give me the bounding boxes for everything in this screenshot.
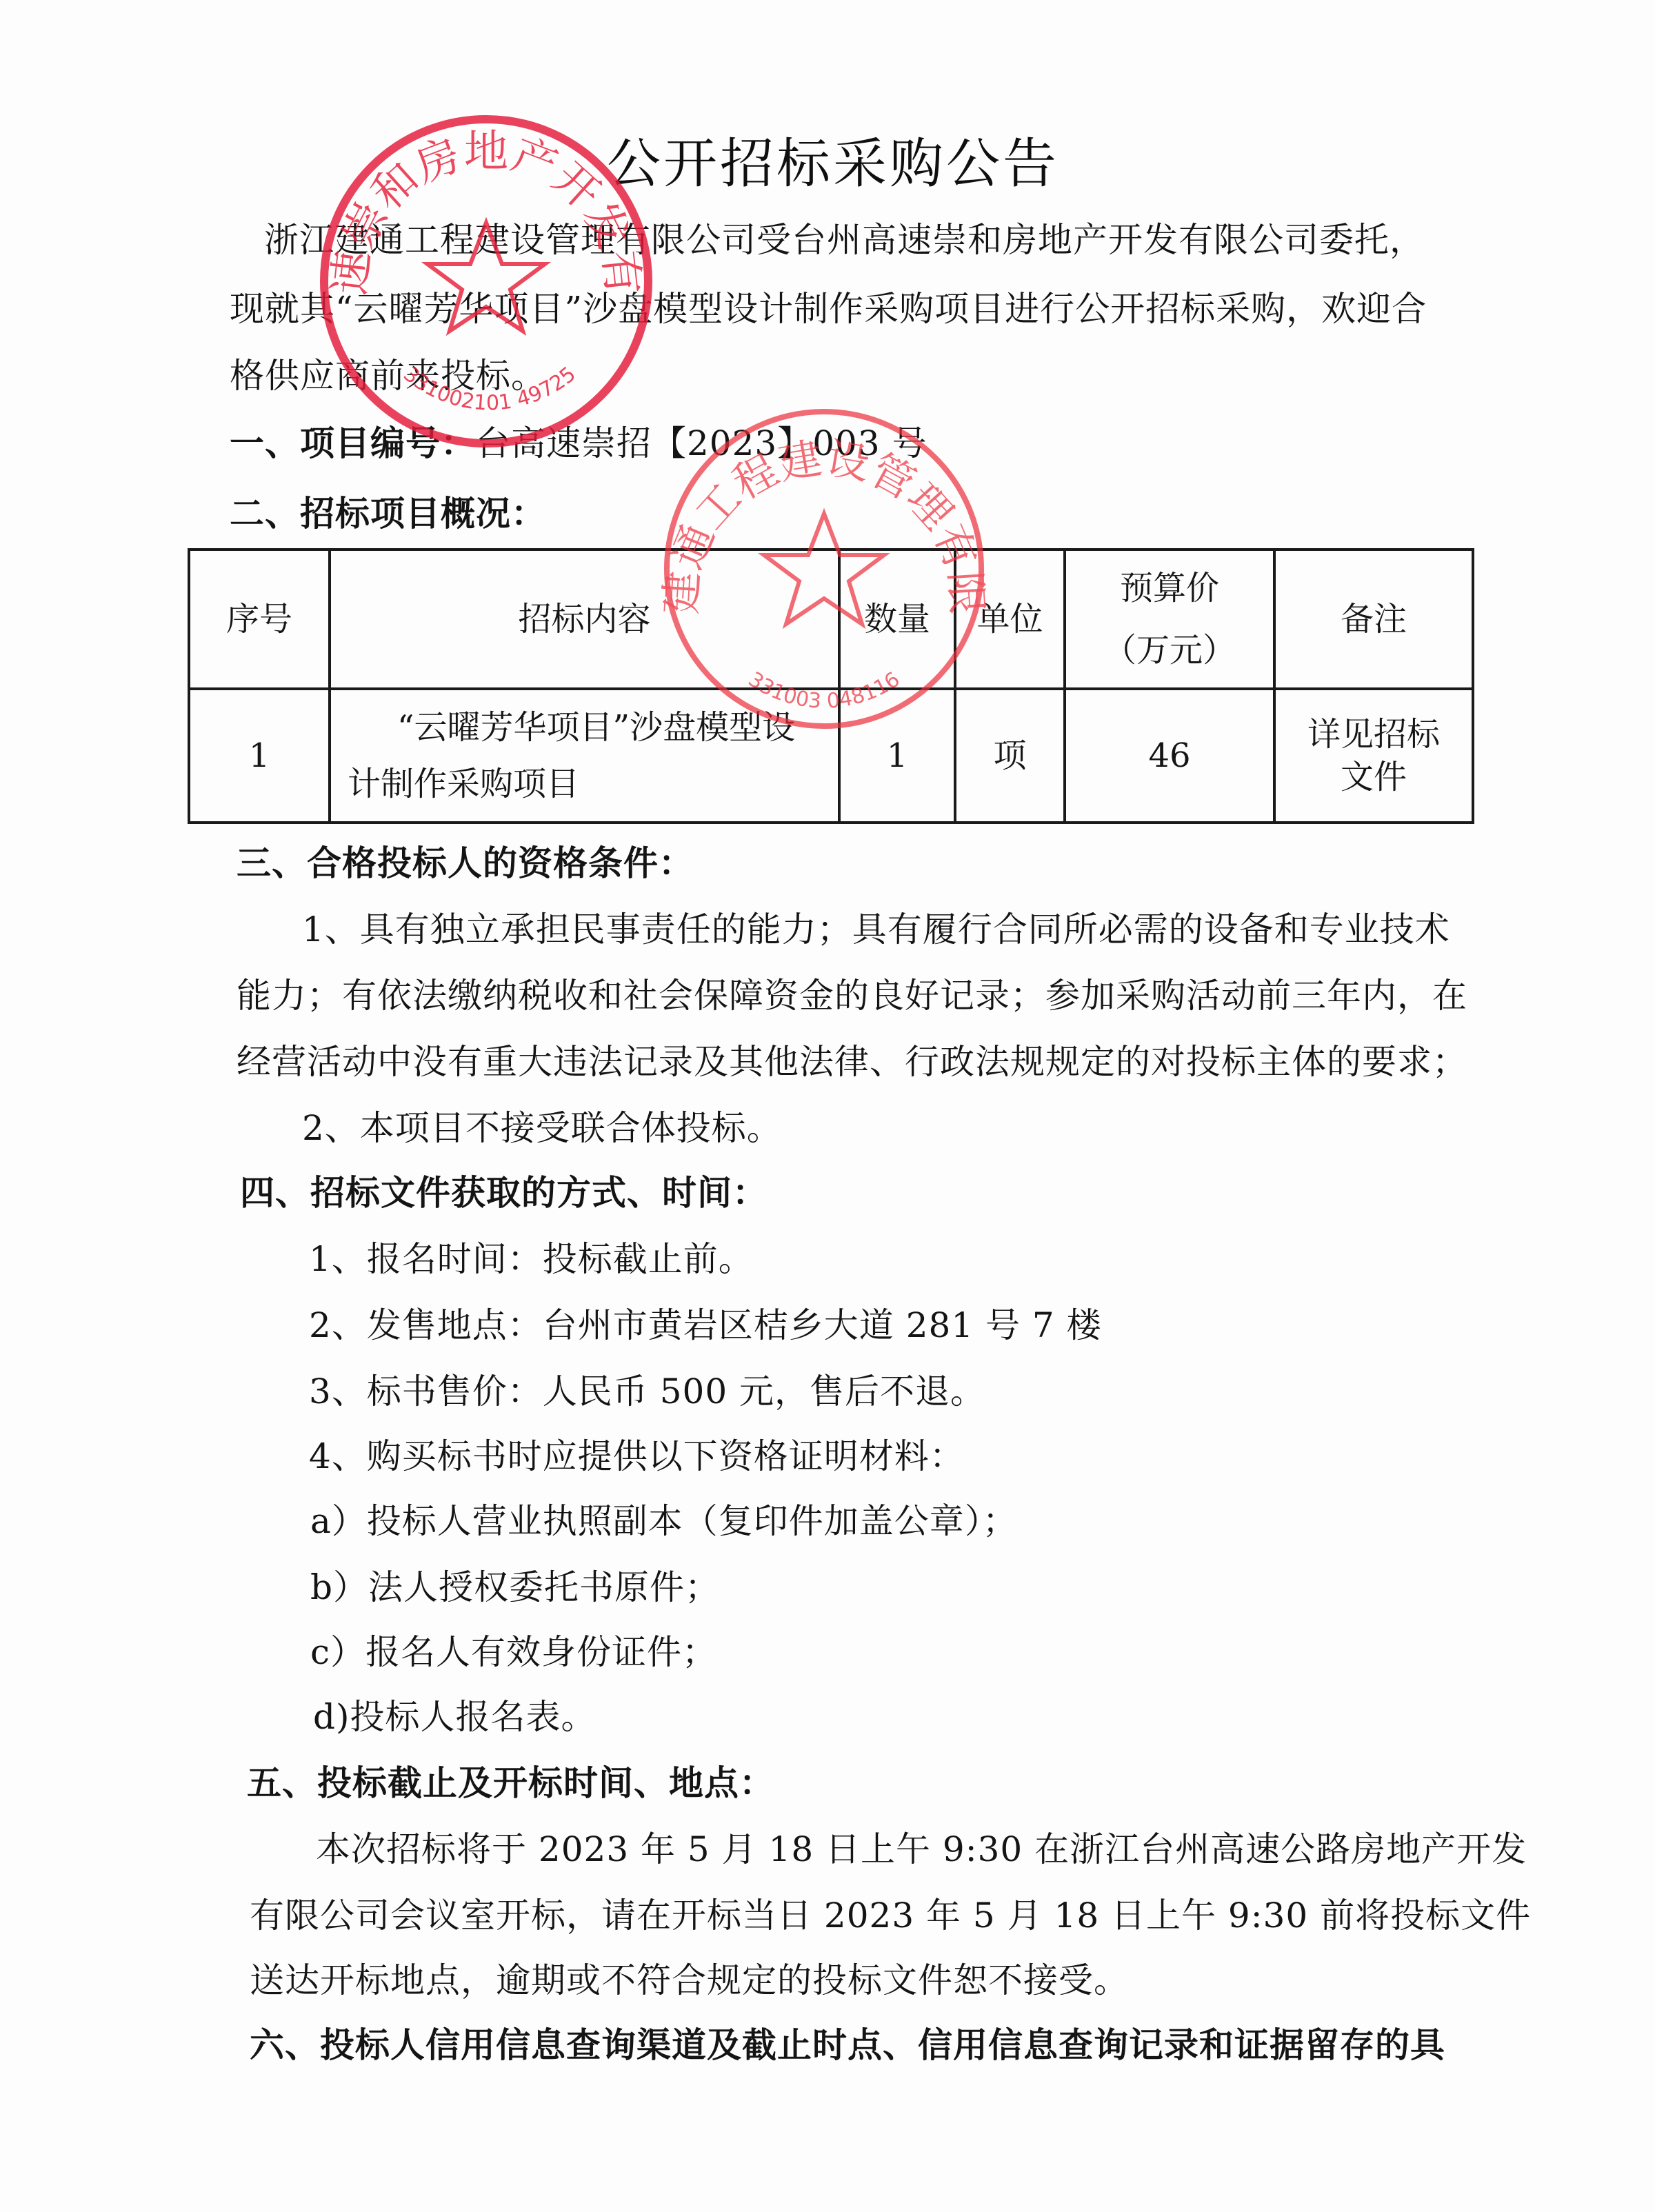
intro-line-2: 现就其“云曜芳华项目”沙盘模型设计制作采购项目进行公开招标采购，欢迎合: [230, 288, 1427, 330]
section-4-item-d: d)投标人报名表。: [313, 1696, 596, 1738]
header-remark: 备注: [1274, 550, 1473, 689]
page-title: 公开招标采购公告: [607, 121, 1059, 198]
cell-remark: 详见招标 文件: [1274, 689, 1473, 823]
header-budget: 预算价 （万元）: [1065, 550, 1274, 689]
document-page: 公开招标采购公告 浙江建通工程建设管理有限公司受台州高速崇和房地产开发有限公司委…: [0, 0, 1655, 2212]
section-2-heading: 二、招标项目概况：: [230, 493, 546, 534]
header-unit: 单位: [955, 550, 1065, 689]
section-3-line-1: 1、具有独立承担民事责任的能力；具有履行合同所必需的设备和专业技术: [302, 909, 1450, 950]
cell-budget: 46: [1065, 689, 1274, 823]
section-5-line-3: 送达开标地点，逾期或不符合规定的投标文件恕不接受。: [250, 1960, 1129, 2001]
intro-line-3: 格供应商前来投标。: [230, 355, 546, 396]
section-4-line-2: 2、发售地点：台州市黄岩区桔乡大道 281 号 7 楼: [309, 1305, 1102, 1346]
table-row: 1 “云曜芳华项目”沙盘模型设 计制作采购项目 1 项 46 详见招标 文件: [189, 689, 1473, 823]
header-qty: 数量: [839, 550, 955, 689]
section-4-heading: 四、招标文件获取的方式、时间：: [240, 1172, 768, 1214]
section-4-line-4: 4、购买标书时应提供以下资格证明材料：: [309, 1436, 965, 1477]
section-3-line-3: 经营活动中没有重大违法记录及其他法律、行政法规规定的对投标主体的要求；: [237, 1041, 1467, 1083]
table-header-row: 序号 招标内容 数量 单位 预算价 （万元） 备注: [189, 550, 1473, 689]
project-number: 台高速崇招【2023】003 号: [476, 423, 927, 463]
section-5-line-2: 有限公司会议室开标，请在开标当日 2023 年 5 月 18 日上午 9:30 …: [250, 1895, 1531, 1936]
cell-content: “云曜芳华项目”沙盘模型设 计制作采购项目: [330, 689, 839, 823]
section-3-line-4: 2、本项目不接受联合体投标。: [302, 1107, 782, 1149]
section-3-line-2: 能力；有依法缴纳税收和社会保障资金的良好记录；参加采购活动前三年内，在: [237, 975, 1467, 1016]
cell-remark-line2: 文件: [1276, 756, 1472, 798]
svg-text:台州高速崇和房地产开发有限公司: 台州高速崇和房地产开发有限公司: [314, 109, 648, 297]
intro-line-1: 浙江建通工程建设管理有限公司受台州高速崇和房地产开发有限公司委托，: [264, 219, 1425, 261]
cell-remark-line1: 详见招标: [1276, 713, 1472, 756]
header-budget-line2: （万元）: [1066, 629, 1273, 672]
section-6-heading: 六、投标人信用信息查询渠道及截止时点、信用信息查询记录和证据留存的具: [250, 2024, 1445, 2066]
section-4-item-a: a）投标人营业执照副本（复印件加盖公章）；: [310, 1500, 1018, 1542]
section-1-heading: 一、项目编号：: [230, 423, 476, 463]
cell-seq: 1: [189, 689, 330, 823]
section-4-line-3: 3、标书售价：人民币 500 元，售后不退。: [309, 1371, 985, 1412]
section-5-line-1: 本次招标将于 2023 年 5 月 18 日上午 9:30 在浙江台州高速公路房…: [316, 1829, 1527, 1870]
section-4-line-1: 1、报名时间：投标截止前。: [309, 1238, 754, 1280]
cell-unit: 项: [955, 689, 1065, 823]
cell-content-line2: 计制作采购项目: [348, 763, 838, 805]
cell-qty: 1: [839, 689, 955, 823]
section-1: 一、项目编号：台高速崇招【2023】003 号: [230, 423, 927, 464]
section-4-item-c: c）报名人有效身份证件；: [310, 1631, 717, 1673]
header-budget-line1: 预算价: [1066, 567, 1273, 610]
section-5-heading: 五、投标截止及开标时间、地点：: [247, 1762, 774, 1804]
section-3-heading: 三、合格投标人的资格条件：: [237, 843, 694, 884]
project-overview-table: 序号 招标内容 数量 单位 预算价 （万元） 备注 1 “云曜芳华项目”沙盘模型…: [188, 548, 1474, 824]
header-seq: 序号: [189, 550, 330, 689]
cell-content-line1: “云曜芳华项目”沙盘模型设: [348, 706, 838, 749]
header-content: 招标内容: [330, 550, 839, 689]
section-4-item-b: b）法人授权委托书原件；: [310, 1567, 720, 1608]
